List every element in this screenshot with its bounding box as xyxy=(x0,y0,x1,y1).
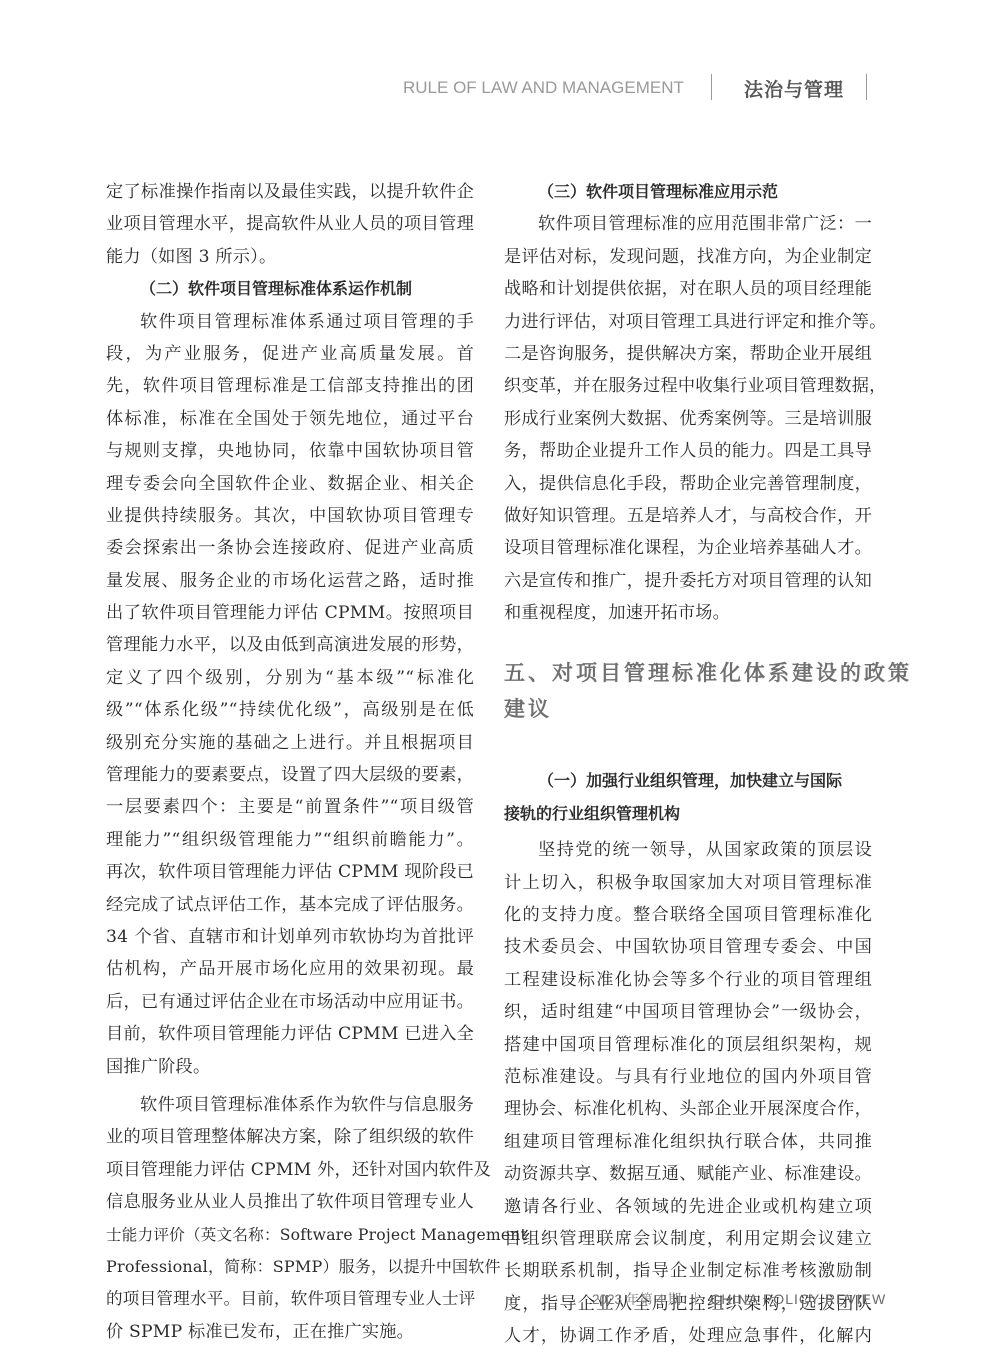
paragraph: 坚持党的统一领导，从国家政策的顶层设 计上切入，积极争取国家加大对项目管理标准 … xyxy=(504,834,872,1352)
left-column: 定了标准操作指南以及最佳实践，以提升软件企 业项目管理水平，提高软件从业人员的项… xyxy=(106,176,474,1348)
subheading-line: 接轨的行业组织管理机构 xyxy=(504,798,872,830)
text-line: 人才，协调工作矛盾，处理应急事件，化解内 xyxy=(504,1320,872,1352)
subheading: （三）软件项目管理标准应用示范 xyxy=(504,176,872,208)
text-line: 化的支持力度。整合联络全国项目管理标准化 xyxy=(504,899,872,931)
text-line: 范标准建设。与具有行业地位的国内外项目管 xyxy=(504,1061,872,1093)
text-line: 项目管理能力评估 CPMM 外，还针对国内软件及 xyxy=(106,1154,474,1186)
text-line: 业提供持续服务。其次，中国软协项目管理专 xyxy=(106,500,474,532)
text-line: 目前，软件项目管理能力评估 CPMM 已进入全 xyxy=(106,1018,474,1050)
section-heading-line: 五、对项目管理标准化体系建设的政策 xyxy=(504,655,872,691)
text-line: 务，帮助企业提升工作人员的能力。四是工具导 xyxy=(504,435,872,467)
text-line: 二是咨询服务，提供解决方案，帮助企业开展组 xyxy=(504,338,872,370)
text-line: 出了软件项目管理能力评估 CPMM。按照项目 xyxy=(106,597,474,629)
text-line: 工程建设标准化协会等多个行业的项目管理组 xyxy=(504,964,872,996)
text-line: 组建项目管理标准化组织执行联合体，共同推 xyxy=(504,1126,872,1158)
text-line: 34 个省、直辖市和计划单列市软协均为首批评 xyxy=(106,921,474,953)
text-line: 业项目管理水平，提高软件从业人员的项目管理 xyxy=(106,208,474,240)
paragraph: 软件项目管理标准体系作为软件与信息服务 业的项目管理整体解决方案，除了组织级的软… xyxy=(106,1089,474,1348)
text-line: 级别充分实施的基础之上进行。并且根据项目 xyxy=(106,727,474,759)
right-column: （三）软件项目管理标准应用示范 软件项目管理标准的应用范围非常广泛：一 是评估对… xyxy=(504,176,872,1353)
text-line: 后，已有通过评估企业在市场活动中应用证书。 xyxy=(106,986,474,1018)
text-line: 软件项目管理标准体系作为软件与信息服务 xyxy=(106,1089,474,1121)
section-heading: 五、对项目管理标准化体系建设的政策 建议 xyxy=(504,655,872,727)
text-line: 和重视程度，加速开拓市场。 xyxy=(504,597,872,629)
text-line: 入，提供信息化手段，帮助企业完善管理制度， xyxy=(504,468,872,500)
text-line: 做好知识管理。五是培养人才，与高校合作，开 xyxy=(504,500,872,532)
text-line: 管理能力的要素要点，设置了四大层级的要素， xyxy=(106,759,474,791)
text-line: 管理能力水平，以及由低到高演进发展的形势， xyxy=(106,629,474,661)
text-line: 邀请各行业、各领域的先进企业或机构建立项 xyxy=(504,1191,872,1223)
text-line: 软件项目管理标准的应用范围非常广泛：一 xyxy=(504,208,872,240)
text-line: 计上切入，积极争取国家加大对项目管理标准 xyxy=(504,867,872,899)
text-line: 先，软件项目管理标准是工信部支持推出的团 xyxy=(106,370,474,402)
text-line: 一层要素四个：主要是“前置条件”“项目级管 xyxy=(106,791,474,823)
text-line: Professional，简称：SPMP）服务，以提升中国软件 xyxy=(106,1251,474,1283)
header-divider xyxy=(711,74,712,100)
text-line: 形成行业案例大数据、优秀案例等。三是培训服 xyxy=(504,403,872,435)
issue-number: 2023 年第 4 期 xyxy=(592,1292,681,1307)
subheading-line: （一）加强行业组织管理，加快建立与国际 xyxy=(504,765,872,797)
text-line: 能力（如图 3 所示）。 xyxy=(106,241,474,273)
text-line: 战略和计划提供依据，对在职人员的项目经理能 xyxy=(504,273,872,305)
text-line: 搭建中国项目管理标准化的顶层组织架构，规 xyxy=(504,1029,872,1061)
text-line: 技术委员会、中国软协项目管理专委会、中国 xyxy=(504,931,872,963)
text-line: 再次，软件项目管理能力评估 CPMM 现阶段已 xyxy=(106,856,474,888)
text-line: 国推广阶段。 xyxy=(106,1051,474,1083)
journal-name: CHINA POLICY REVIEW xyxy=(710,1291,886,1307)
paragraph: 软件项目管理标准体系通过项目管理的手 段，为产业服务，促进产业高质量发展。首 先… xyxy=(106,306,474,1083)
section-title-chinese: 法治与管理 xyxy=(744,75,844,102)
text-line: 估机构，产品开展市场化应用的效果初现。最 xyxy=(106,953,474,985)
text-line: 定了标准操作指南以及最佳实践，以提升软件企 xyxy=(106,176,474,208)
section-heading-line: 建议 xyxy=(504,691,872,727)
text-line: 的项目管理水平。目前，软件项目管理专业人士评 xyxy=(106,1283,474,1315)
text-line: 是评估对标，发现问题，找准方向，为企业制定 xyxy=(504,241,872,273)
text-line: 动资源共享、数据互通、赋能产业、标准建设。 xyxy=(504,1158,872,1190)
text-line: 体标准，标准在全国处于领先地位，通过平台 xyxy=(106,403,474,435)
text-line: 量发展、服务企业的市场化运营之路，适时推 xyxy=(106,565,474,597)
text-line: 信息服务业从业人员推出了软件项目管理专业人 xyxy=(106,1186,474,1218)
footer-divider xyxy=(695,1292,696,1305)
text-line: 级”“体系化级”“持续优化级”，高级别是在低 xyxy=(106,694,474,726)
text-line: 理能力”“组织级管理能力”“组织前瞻能力”。 xyxy=(106,824,474,856)
text-line: 经完成了试点评估工作，基本完成了评估服务。 xyxy=(106,889,474,921)
running-header: RULE OF LAW AND MANAGEMENT 法治与管理 xyxy=(0,74,1000,104)
text-line: 织，适时组建“中国项目管理协会”一级协会， xyxy=(504,996,872,1028)
intro-paragraph: 定了标准操作指南以及最佳实践，以提升软件企 业项目管理水平，提高软件从业人员的项… xyxy=(106,176,474,273)
text-line: 理专委会向全国软件企业、数据企业、相关企 xyxy=(106,468,474,500)
text-line: 力进行评估，对项目管理工具进行评定和推介等。 xyxy=(504,306,872,338)
text-line: 理协会、标准化机构、头部企业开展深度合作， xyxy=(504,1093,872,1125)
text-line: 价 SPMP 标准已发布，正在推广实施。 xyxy=(106,1316,474,1348)
text-line: 设项目管理标准化课程，为企业培养基础人才。 xyxy=(504,532,872,564)
paragraph: 软件项目管理标准的应用范围非常广泛：一 是评估对标，发现问题，找准方向，为企业制… xyxy=(504,208,872,629)
subheading: （二）软件项目管理标准体系运作机制 xyxy=(106,273,474,305)
subheading: （一）加强行业组织管理，加快建立与国际 接轨的行业组织管理机构 xyxy=(504,765,872,830)
running-footer: 2023 年第 4 期CHINA POLICY REVIEW xyxy=(592,1288,886,1308)
text-line: 坚持党的统一领导，从国家政策的顶层设 xyxy=(504,834,872,866)
text-line: 与规则支撑，央地协同，依靠中国软协项目管 xyxy=(106,435,474,467)
text-line: 士能力评价（英文名称：Software Project Management xyxy=(106,1219,474,1251)
section-title-english: RULE OF LAW AND MANAGEMENT xyxy=(403,78,684,98)
text-line: 业的项目管理整体解决方案，除了组织级的软件 xyxy=(106,1121,474,1153)
text-line: 段，为产业服务，促进产业高质量发展。首 xyxy=(106,338,474,370)
text-line: 织变革，并在服务过程中收集行业项目管理数据， xyxy=(504,370,872,402)
text-line: 委会探索出一条协会连接政府、促进产业高质 xyxy=(106,532,474,564)
text-line: 长期联系机制，指导企业制定标准考核激励制 xyxy=(504,1255,872,1287)
header-divider xyxy=(866,74,867,100)
text-line: 六是宣传和推广，提升委托方对项目管理的认知 xyxy=(504,565,872,597)
text-line: 定义了四个级别，分别为“基本级”“标准化 xyxy=(106,662,474,694)
text-line: 目组织管理联席会议制度，利用定期会议建立 xyxy=(504,1223,872,1255)
text-line: 软件项目管理标准体系通过项目管理的手 xyxy=(106,306,474,338)
